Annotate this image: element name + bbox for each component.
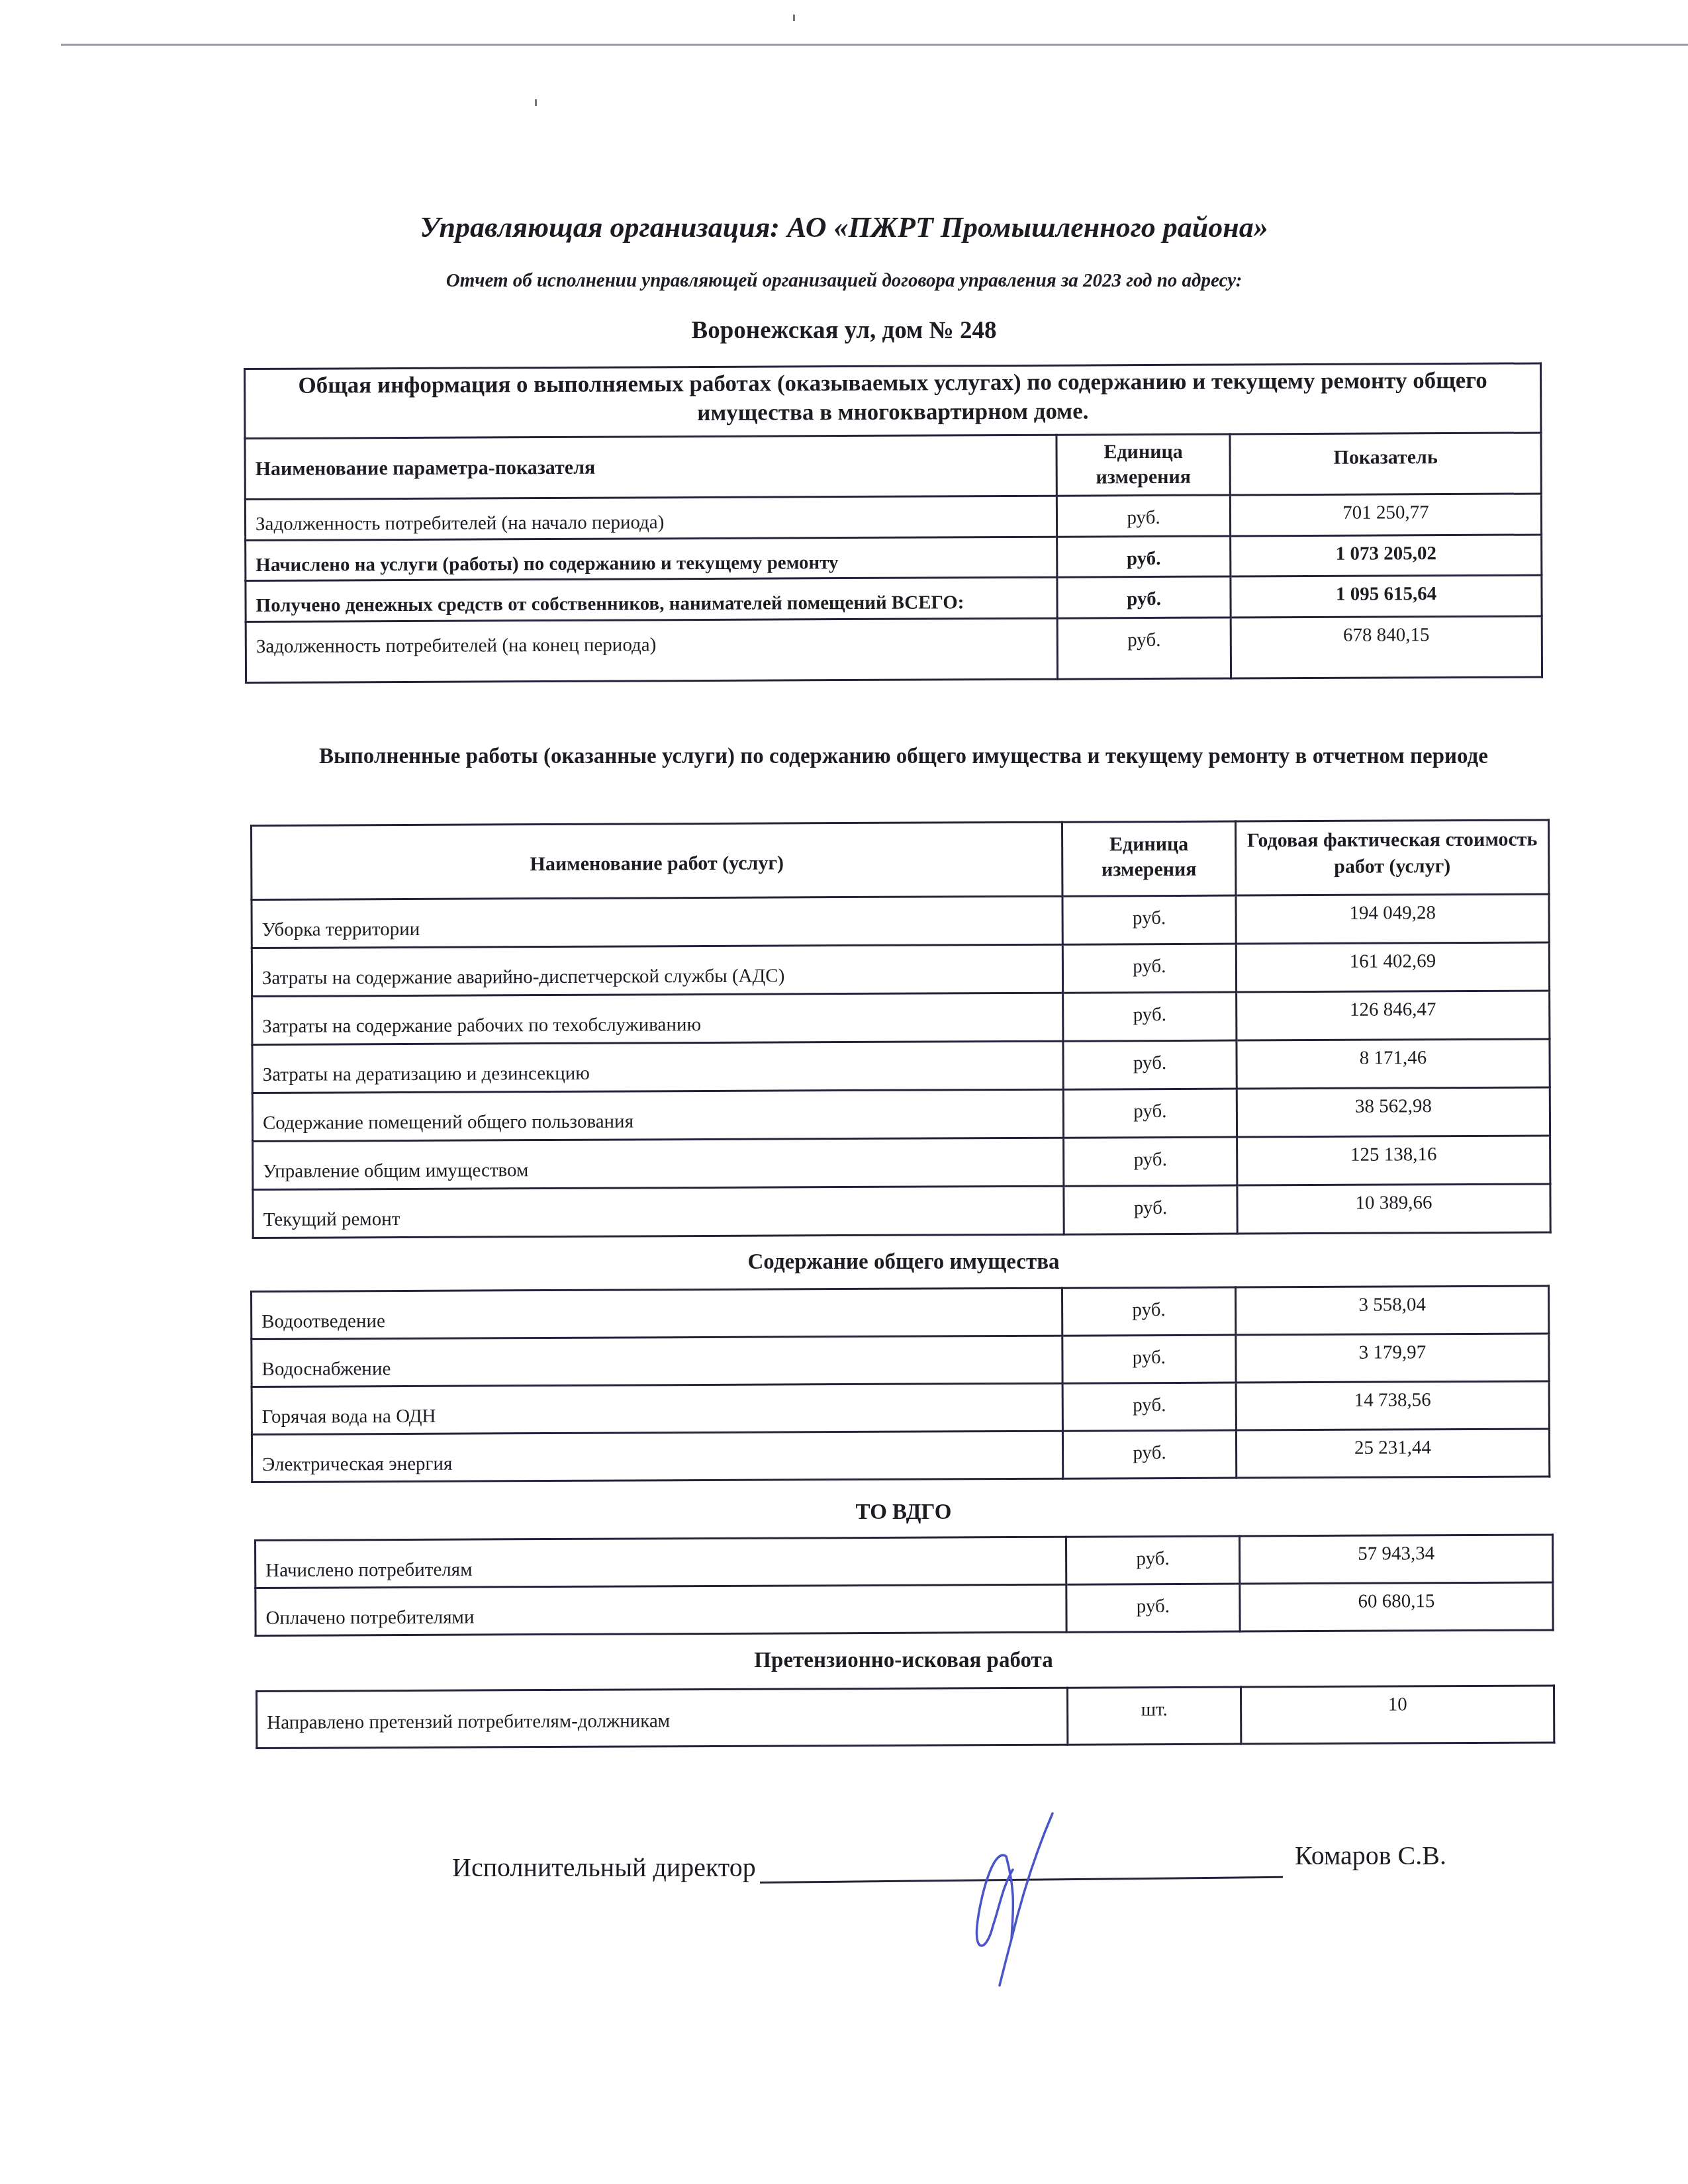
scan-top-line [61,44,1688,46]
row-value: 38 562,98 [1237,1087,1550,1137]
scan-speck [535,99,537,106]
row-unit: руб. [1064,1137,1237,1186]
report-subtitle: Отчет об исполнении управляющей организа… [0,270,1688,292]
row-value: 701 250,77 [1230,494,1541,536]
row-name: Уборка территории [252,896,1062,948]
row-unit: руб. [1066,1536,1239,1584]
row-value: 194 049,28 [1236,894,1549,944]
row-value: 14 738,56 [1236,1381,1549,1430]
table-row: Управление общим имуществомруб.125 138,1… [253,1136,1550,1190]
organization-title: Управляющая организация: АО «ПЖРТ Промыш… [0,210,1688,244]
table-row: Задолженность потребителей (на конец пер… [246,616,1542,683]
address-heading: Воронежская ул, дом № 248 [0,316,1688,345]
row-value: 678 840,15 [1231,616,1542,678]
table-row: Начислено на услуги (работы) по содержан… [246,535,1542,581]
signatory-name: Комаров С.В. [1295,1840,1446,1871]
row-unit: руб. [1062,1430,1236,1479]
common-property-section-title: Содержание общего имущества [252,1247,1556,1277]
row-unit: руб. [1063,992,1237,1041]
row-unit: руб. [1062,1383,1236,1431]
row-unit: руб. [1062,1335,1236,1383]
row-name: Начислено на услуги (работы) по содержан… [246,537,1057,580]
row-name: Получено денежных средств от собственник… [246,577,1057,621]
row-unit: руб. [1063,1040,1237,1089]
row-name: Затраты на дератизацию и дезинсекцию [252,1041,1063,1093]
row-name: Направлено претензий потребителям-должни… [257,1688,1068,1748]
table-row: Водоотведениеруб.3 558,04 [252,1286,1549,1340]
row-name: Задолженность потребителей (на конец пер… [246,618,1057,682]
row-value: 3 558,04 [1235,1286,1548,1335]
row-unit: руб. [1064,1185,1237,1234]
table-row: Задолженность потребителей (на начало пе… [245,494,1541,541]
row-unit: шт. [1067,1687,1241,1745]
row-name: Задолженность потребителей (на начало пе… [245,496,1056,540]
table-row: Затраты на дератизацию и дезинсекциюруб.… [252,1039,1550,1093]
signatory-position: Исполнительный директор [452,1852,756,1883]
column-header-unit: Единица измерения [1062,821,1235,896]
row-value: 57 943,34 [1239,1535,1552,1584]
claims-table: Направлено претензий потребителям-должни… [256,1684,1555,1749]
table-row: Получено денежных средств от собственник… [246,575,1542,622]
column-header-annual-cost: Годовая фактическая стоимость работ (усл… [1235,820,1548,895]
row-unit: руб. [1057,536,1231,577]
row-name: Управление общим имуществом [253,1138,1064,1189]
vdgo-table: Начислено потребителямруб.57 943,34Оплач… [254,1533,1554,1637]
vdgo-section-title: ТО ВДГО [252,1497,1556,1527]
row-unit: руб. [1062,1287,1235,1336]
table-row: Уборка территориируб.194 049,28 [252,894,1549,948]
row-value: 1 095 615,64 [1231,575,1542,617]
row-unit: руб. [1057,617,1231,679]
table-row: Электрическая энергияруб.25 231,44 [252,1429,1549,1482]
table-row: Затраты на содержание рабочих по техобсл… [252,991,1550,1045]
table-row: Оплачено потребителямируб.60 680,15 [256,1582,1553,1636]
table-row: Содержание помещений общего пользованияр… [252,1087,1550,1142]
row-name: Горячая вода на ОДН [252,1383,1062,1434]
table-row: Текущий ремонтруб.10 389,66 [253,1184,1550,1238]
row-name: Содержание помещений общего пользования [252,1089,1063,1141]
row-name: Текущий ремонт [253,1186,1064,1238]
row-value: 3 179,97 [1236,1334,1549,1383]
general-info-title: Общая информация о выполняемых работах (… [245,363,1541,439]
handwritten-signature [953,1807,1072,1992]
column-header-value: Показатель [1230,433,1541,495]
row-name: Водоотведение [252,1288,1062,1339]
row-name: Водоснабжение [252,1336,1062,1387]
column-header-work-name: Наименование работ (услуг) [252,822,1062,899]
row-value: 8 171,46 [1237,1039,1550,1089]
table-row: Горячая вода на ОДНруб.14 738,56 [252,1381,1549,1435]
row-unit: руб. [1062,944,1236,993]
row-unit: руб. [1056,495,1230,537]
column-header-name: Наименование параметра-показателя [245,435,1056,499]
table-row: Затраты на содержание аварийно-диспетчер… [252,942,1549,997]
row-unit: руб. [1063,1089,1237,1138]
works-section-title: Выполненные работы (оказанные услуги) по… [252,741,1556,772]
row-name: Затраты на содержание аварийно-диспетчер… [252,944,1062,996]
table-row: Водоснабжениеруб.3 179,97 [252,1334,1549,1387]
row-name: Электрическая энергия [252,1431,1062,1482]
row-value: 25 231,44 [1236,1429,1549,1478]
row-value: 161 402,69 [1236,942,1549,992]
row-unit: руб. [1066,1584,1240,1632]
row-value: 10 389,66 [1237,1184,1550,1234]
row-value: 10 [1241,1686,1554,1744]
row-unit: руб. [1062,895,1236,944]
table-row: Начислено потребителямруб.57 943,34 [256,1535,1553,1588]
claims-section-title: Претензионно-исковая работа [252,1645,1556,1676]
scan-speck [793,15,795,21]
column-header-unit: Единица измерения [1056,434,1230,496]
works-table: Наименование работ (услуг) Единица измер… [250,819,1552,1239]
row-value: 125 138,16 [1237,1136,1550,1185]
row-value: 126 846,47 [1237,991,1550,1040]
row-name: Начислено потребителям [256,1537,1066,1588]
general-info-table: Общая информация о выполняемых работах (… [244,362,1543,684]
row-unit: руб. [1057,576,1231,618]
row-value: 1 073 205,02 [1231,535,1542,576]
row-name: Затраты на содержание рабочих по техобсл… [252,993,1063,1044]
row-name: Оплачено потребителями [256,1584,1066,1635]
table-row: Направлено претензий потребителям-должни… [257,1686,1554,1749]
row-value: 60 680,15 [1240,1582,1553,1631]
common-property-table: Водоотведениеруб.3 558,04Водоснабжениеру… [250,1285,1550,1483]
